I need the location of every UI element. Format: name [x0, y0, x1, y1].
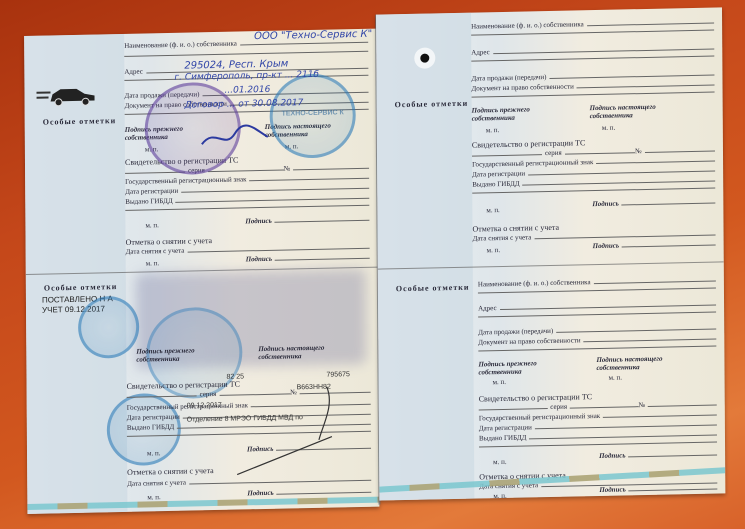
signature-label: Подпись: [246, 255, 275, 264]
entry-top-left: Особые отметки Наименование (ф. и. о.) с…: [24, 29, 378, 271]
mp-label: м. п.: [486, 126, 499, 134]
issued-by-label: Выдано ГИБДД: [479, 433, 530, 442]
signature-scribble: [200, 121, 270, 152]
prev-owner-signature-label: Подпись прежнего собственника: [472, 105, 552, 123]
special-marks-label: Особые отметки: [396, 283, 470, 294]
signature-scribble: [227, 384, 338, 476]
signature-label: Подпись: [599, 485, 628, 494]
ownership-doc-label: Документ на право собственности: [478, 336, 583, 346]
deregistration-label: Отметка о снятии с учета: [472, 223, 562, 234]
mp-label: м. п.: [146, 259, 159, 267]
right-page: Особые отметки Наименование (ф. и. о.) с…: [376, 7, 725, 500]
entry-bottom-left: Особые отметки ПОСТАВЛЕНО Н А УЧЕТ 09.12…: [26, 269, 380, 511]
dereg-date-label: Дата снятия с учета: [127, 479, 189, 488]
special-marks-label: Особые отметки: [44, 282, 118, 293]
special-marks-label: Особые отметки: [395, 99, 469, 110]
reg-date-label: Дата регистрации: [479, 423, 535, 432]
owner-fields: Наименование (ф. и. о.) собственника Адр…: [471, 18, 716, 258]
reg-date-label: Дата регистрации: [472, 169, 528, 178]
series-label: серия: [197, 390, 220, 398]
handwritten-sale-date: ...01.2016: [224, 85, 270, 96]
signature-label: Подпись: [245, 217, 274, 226]
owner-name-label: Наименование (ф. и. о.) собственника: [471, 20, 587, 30]
mp-label: м. п.: [493, 458, 506, 466]
typed-series: 82 25: [226, 373, 244, 380]
sale-date-label: Дата продажи (передачи): [471, 73, 549, 83]
mp-label: м. п.: [486, 206, 499, 214]
number-label: №: [284, 164, 294, 172]
entry-bottom-right: Особые отметки Наименование (ф. и. о.) с…: [378, 265, 726, 500]
number-label: №: [635, 147, 645, 155]
special-marks-label: Особые отметки: [43, 116, 117, 127]
ownership-doc-label: Документ на право собственности: [471, 82, 576, 92]
mp-label: м. п.: [493, 492, 506, 500]
series-label: серия: [547, 403, 570, 411]
deregistration-label: Отметка о снятии с учета: [127, 466, 217, 477]
owner-name-label: Наименование (ф. и. о.) собственника: [478, 278, 594, 288]
mp-label: м. п.: [487, 246, 500, 254]
address-label: Адрес: [124, 67, 146, 75]
owner-fields: Наименование (ф. и. о.) собственника Адр…: [478, 266, 718, 501]
signature-label: Подпись: [599, 451, 628, 460]
cur-owner-signature-label: Подпись настоящего собственника: [258, 343, 338, 361]
stamp-text: ТЕХНО-СЕРВИС К: [273, 109, 353, 118]
prev-owner-signature-label: Подпись прежнего собственника: [478, 359, 558, 377]
issued-by-label: Выдано ГИБДД: [125, 197, 176, 206]
typed-cert-number: 795675: [326, 371, 349, 378]
signature-label: Подпись: [593, 241, 622, 250]
address-label: Адрес: [471, 48, 493, 56]
entry-top-right: Особые отметки Наименование (ф. и. о.) с…: [376, 17, 724, 259]
reg-date-label: Дата регистрации: [127, 413, 183, 422]
mp-label: м. п.: [145, 221, 158, 229]
deregistration-label: Отметка о снятии с учета: [126, 236, 216, 247]
plate-label: Государственный регистрационный знак: [472, 158, 596, 169]
reg-date-label: Дата регистрации: [125, 187, 181, 196]
mp-label: м. п.: [602, 124, 615, 132]
sale-date-label: Дата продажи (передачи): [478, 327, 556, 337]
signature-label: Подпись: [592, 199, 621, 208]
address-label: Адрес: [478, 304, 500, 312]
left-page: Особые отметки Наименование (ф. и. о.) с…: [24, 29, 379, 514]
mp-label: м. п.: [609, 373, 622, 381]
series-label: серия: [542, 149, 565, 157]
car-icon: [36, 84, 96, 107]
issued-by-label: Выдано ГИБДД: [127, 423, 178, 432]
owner-name-label: Наименование (ф. и. о.) собственника: [124, 39, 240, 49]
plate-label: Государственный регистрационный знак: [479, 412, 603, 423]
mp-label: м. п.: [147, 449, 160, 457]
prev-owner-signature-label: Подпись прежнего собственника: [136, 346, 216, 364]
typed-reg-date: 09.12.2017: [187, 402, 222, 410]
dereg-date-label: Дата снятия с учета: [473, 233, 535, 242]
number-label: №: [639, 401, 649, 409]
dereg-date-label: Дата снятия с учета: [126, 247, 188, 256]
plate-label: Государственный регистрационный знак: [125, 175, 249, 186]
cur-owner-signature-label: Подпись настоящего собственника: [590, 102, 670, 120]
vehicle-passport-spread: Особые отметки Наименование (ф. и. о.) с…: [24, 7, 727, 514]
cur-owner-signature-label: Подпись настоящего собственника: [596, 354, 676, 372]
signature-label: Подпись: [247, 489, 276, 498]
handwritten-address-1: 295024, Респ. Крым: [184, 58, 288, 71]
issued-by-label: Выдано ГИБДД: [472, 180, 523, 189]
mp-label: м. п.: [493, 378, 506, 386]
